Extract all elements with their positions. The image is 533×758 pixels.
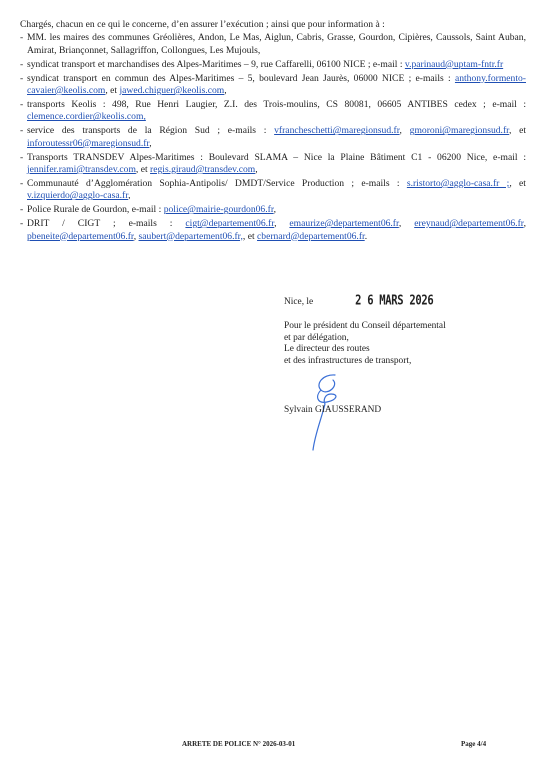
intro-paragraph: Chargés, chacun en ce qui le concerne, d… (20, 19, 526, 31)
place-label: Nice, le (284, 297, 313, 308)
recipient-item: -Communauté d’Agglomération Sophia-Antip… (20, 178, 526, 203)
email-link[interactable]: ereynaud@departement06.fr (414, 218, 523, 229)
recipient-item: -syndicat transport et marchandises des … (20, 59, 526, 71)
list-dash: - (20, 59, 23, 71)
recipient-text: Transports TRANSDEV Alpes-Maritimes : Bo… (27, 152, 526, 163)
body-text: Chargés, chacun en ce qui le concerne, d… (20, 19, 526, 244)
email-link[interactable]: pbeneite@departement06.fr (27, 231, 134, 242)
email-link[interactable]: s.ristorto@agglo-casa.fr ; (407, 178, 509, 189)
recipient-item: -Police Rurale de Gourdon, e-mail : poli… (20, 204, 526, 216)
list-dash: - (20, 99, 23, 111)
recipient-text: MM. les maires des communes Gréolières, … (27, 32, 526, 55)
list-dash: - (20, 32, 23, 44)
email-link[interactable]: cbernard@departement06.fr (257, 231, 365, 242)
email-link[interactable]: saubert@departement06.fr, (139, 231, 243, 242)
recipient-text: transports Keolis : 498, Rue Henri Laugi… (27, 99, 526, 110)
signature-line: et par délégation, (284, 333, 446, 344)
list-dash: - (20, 204, 23, 216)
recipient-text: syndicat transport et marchandises des A… (27, 59, 405, 70)
signer-name: Sylvain GIAUSSERAND (284, 405, 381, 415)
recipient-text: service des transports de la Région Sud … (27, 125, 274, 136)
recipient-text: syndicat transport en commun des Alpes-M… (27, 73, 455, 84)
list-dash: - (20, 218, 23, 230)
signature-line: et des infrastructures de transport, (284, 356, 446, 367)
signature-lines: Pour le président du Conseil département… (284, 321, 446, 367)
email-link[interactable]: v.izquierdo@agglo-casa.fr (27, 190, 128, 201)
signature-block: Nice, le 2 6 MARS 2026 Pour le président… (284, 296, 446, 367)
recipient-item: -syndicat transport en commun des Alpes-… (20, 73, 526, 98)
email-link[interactable]: vfrancheschetti@maregionsud.fr (274, 125, 399, 136)
recipient-text: Communauté d’Agglomération Sophia-Antipo… (27, 178, 407, 189)
email-link[interactable]: jennifer.rami@transdev.com (27, 164, 136, 175)
signature-line: Pour le président du Conseil département… (284, 321, 446, 332)
list-dash: - (20, 125, 23, 137)
email-link[interactable]: inforoutessr06@maregionsud.fr (27, 138, 149, 149)
page-number: Page 4/4 (461, 740, 486, 748)
list-dash: - (20, 73, 23, 85)
date-stamp: 2 6 MARS 2026 (355, 295, 433, 309)
recipient-item: -Transports TRANSDEV Alpes-Maritimes : B… (20, 152, 526, 177)
email-link[interactable]: regis.giraud@transdev.com (150, 164, 255, 175)
list-dash: - (20, 178, 23, 190)
date-row: Nice, le 2 6 MARS 2026 (284, 296, 446, 308)
recipient-item: -transports Keolis : 498, Rue Henri Laug… (20, 99, 526, 124)
email-link[interactable]: clemence.cordier@keolis.com, (27, 111, 146, 122)
recipient-item: -DRIT / CIGT ; e-mails : cigt@departemen… (20, 218, 526, 243)
email-link[interactable]: emaurize@departement06.fr (289, 218, 398, 229)
recipient-item: -MM. les maires des communes Gréolières,… (20, 32, 526, 57)
signature-line: Le directeur des routes (284, 344, 446, 355)
recipient-list: -MM. les maires des communes Gréolières,… (20, 32, 526, 243)
email-link[interactable]: police@mairie-gourdon06.fr (164, 204, 274, 215)
document-page: Chargés, chacun en ce qui le concerne, d… (0, 0, 533, 758)
email-link[interactable]: gmoroni@maregionsud.fr (410, 125, 509, 136)
email-link[interactable]: cigt@departement06.fr (185, 218, 274, 229)
list-dash: - (20, 152, 23, 164)
recipient-text: Police Rurale de Gourdon, e-mail : (27, 204, 164, 215)
recipient-text: DRIT / CIGT ; e-mails : (27, 218, 185, 229)
email-link[interactable]: jawed.chiguer@keolis.com (119, 85, 224, 96)
recipient-item: -service des transports de la Région Sud… (20, 125, 526, 150)
footer-reference: ARRETE DE POLICE N° 2026-03-01 (182, 740, 295, 748)
email-link[interactable]: v.parinaud@uptam-fntr.fr (405, 59, 503, 70)
